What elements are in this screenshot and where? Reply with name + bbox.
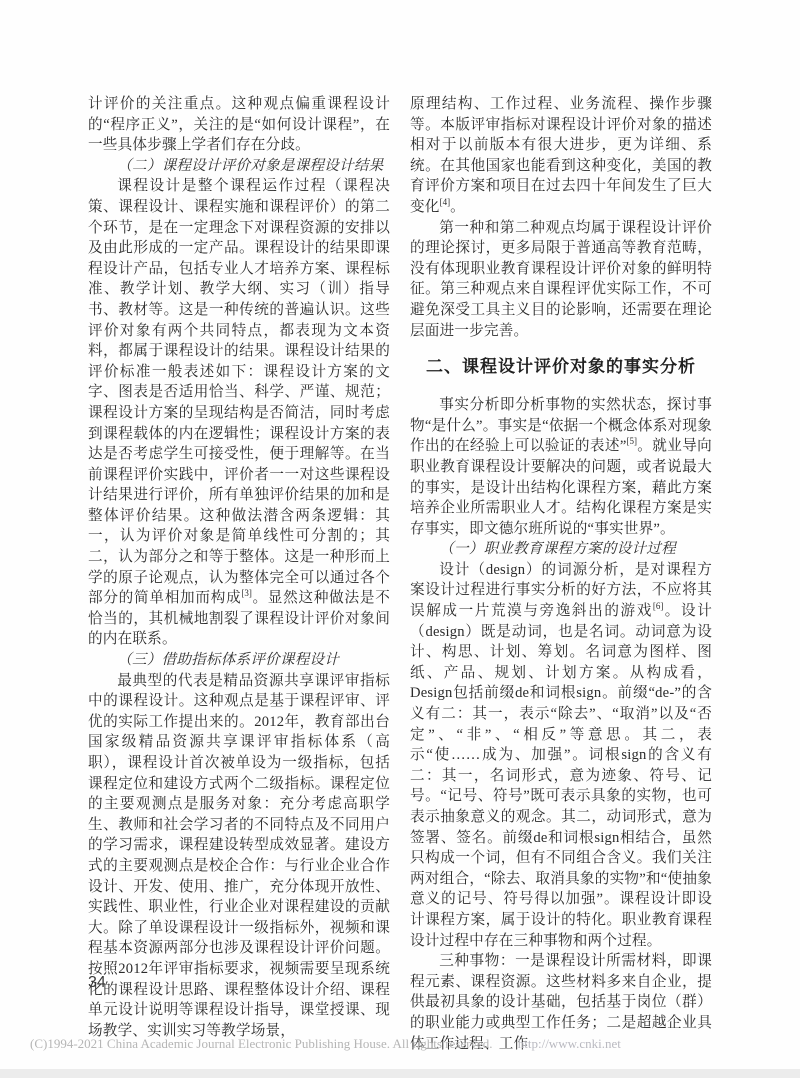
right-column: 原理结构、工作过程、业务流程、操作步骤等。本版评审指标对课程设计评价对象的描述相… <box>410 94 712 1054</box>
subsection-heading: （一）职业教育课程方案的设计过程 <box>410 539 712 560</box>
page-number: 34 <box>88 974 106 992</box>
footer-url: http://www.cnki.net <box>518 1036 621 1051</box>
section-heading: 二、课程设计评价对象的事实分析 <box>410 356 712 378</box>
document-page: 计评价的关注重点。这种观点偏重课程设计的“程序正义”，关注的是“如何设计课程”，… <box>0 0 800 1078</box>
paragraph: 原理结构、工作过程、业务流程、操作步骤等。本版评审指标对课程设计评价对象的描述相… <box>410 94 712 218</box>
footnote-ref: [6] <box>653 601 664 611</box>
paragraph: 设计（design）的词源分析，是对课程方案设计过程进行事实分析的好方法，不应将… <box>410 560 712 951</box>
page-bottom-edge <box>0 1069 800 1078</box>
paragraph: 课程设计是整个课程运作过程（课程决策、课程设计、课程实施和课程评价）的第二个环节… <box>88 176 390 650</box>
left-column: 计评价的关注重点。这种观点偏重课程设计的“程序正义”，关注的是“如何设计课程”，… <box>88 94 390 1041</box>
paragraph: 最典型的代表是精品资源共享课评审指标中的课程设计。这种观点是基于课程评审、评优的… <box>88 671 390 1042</box>
subsection-heading: （二）课程设计评价对象是课程设计结果 <box>88 156 390 177</box>
paragraph: 第一种和第二种观点均属于课程设计评价的理论探讨，更多局限于普通高等教育范畴，没有… <box>410 218 712 342</box>
paragraph: 计评价的关注重点。这种观点偏重课程设计的“程序正义”，关注的是“如何设计课程”，… <box>88 94 390 156</box>
footnote-ref: [3] <box>241 588 252 598</box>
footer-copyright: (C)1994-2021 China Academic Journal Elec… <box>30 1036 493 1051</box>
footnote-ref: [5] <box>627 436 638 446</box>
footer: (C)1994-2021 China Academic Journal Elec… <box>30 1036 770 1052</box>
paragraph: 事实分析即分析事物的实然状态，探讨事物“是什么”。事实是“依据一个概念体系对现象… <box>410 395 712 539</box>
footnote-ref: [4] <box>440 197 451 207</box>
subsection-heading: （三）借助指标体系评价课程设计 <box>88 650 390 671</box>
